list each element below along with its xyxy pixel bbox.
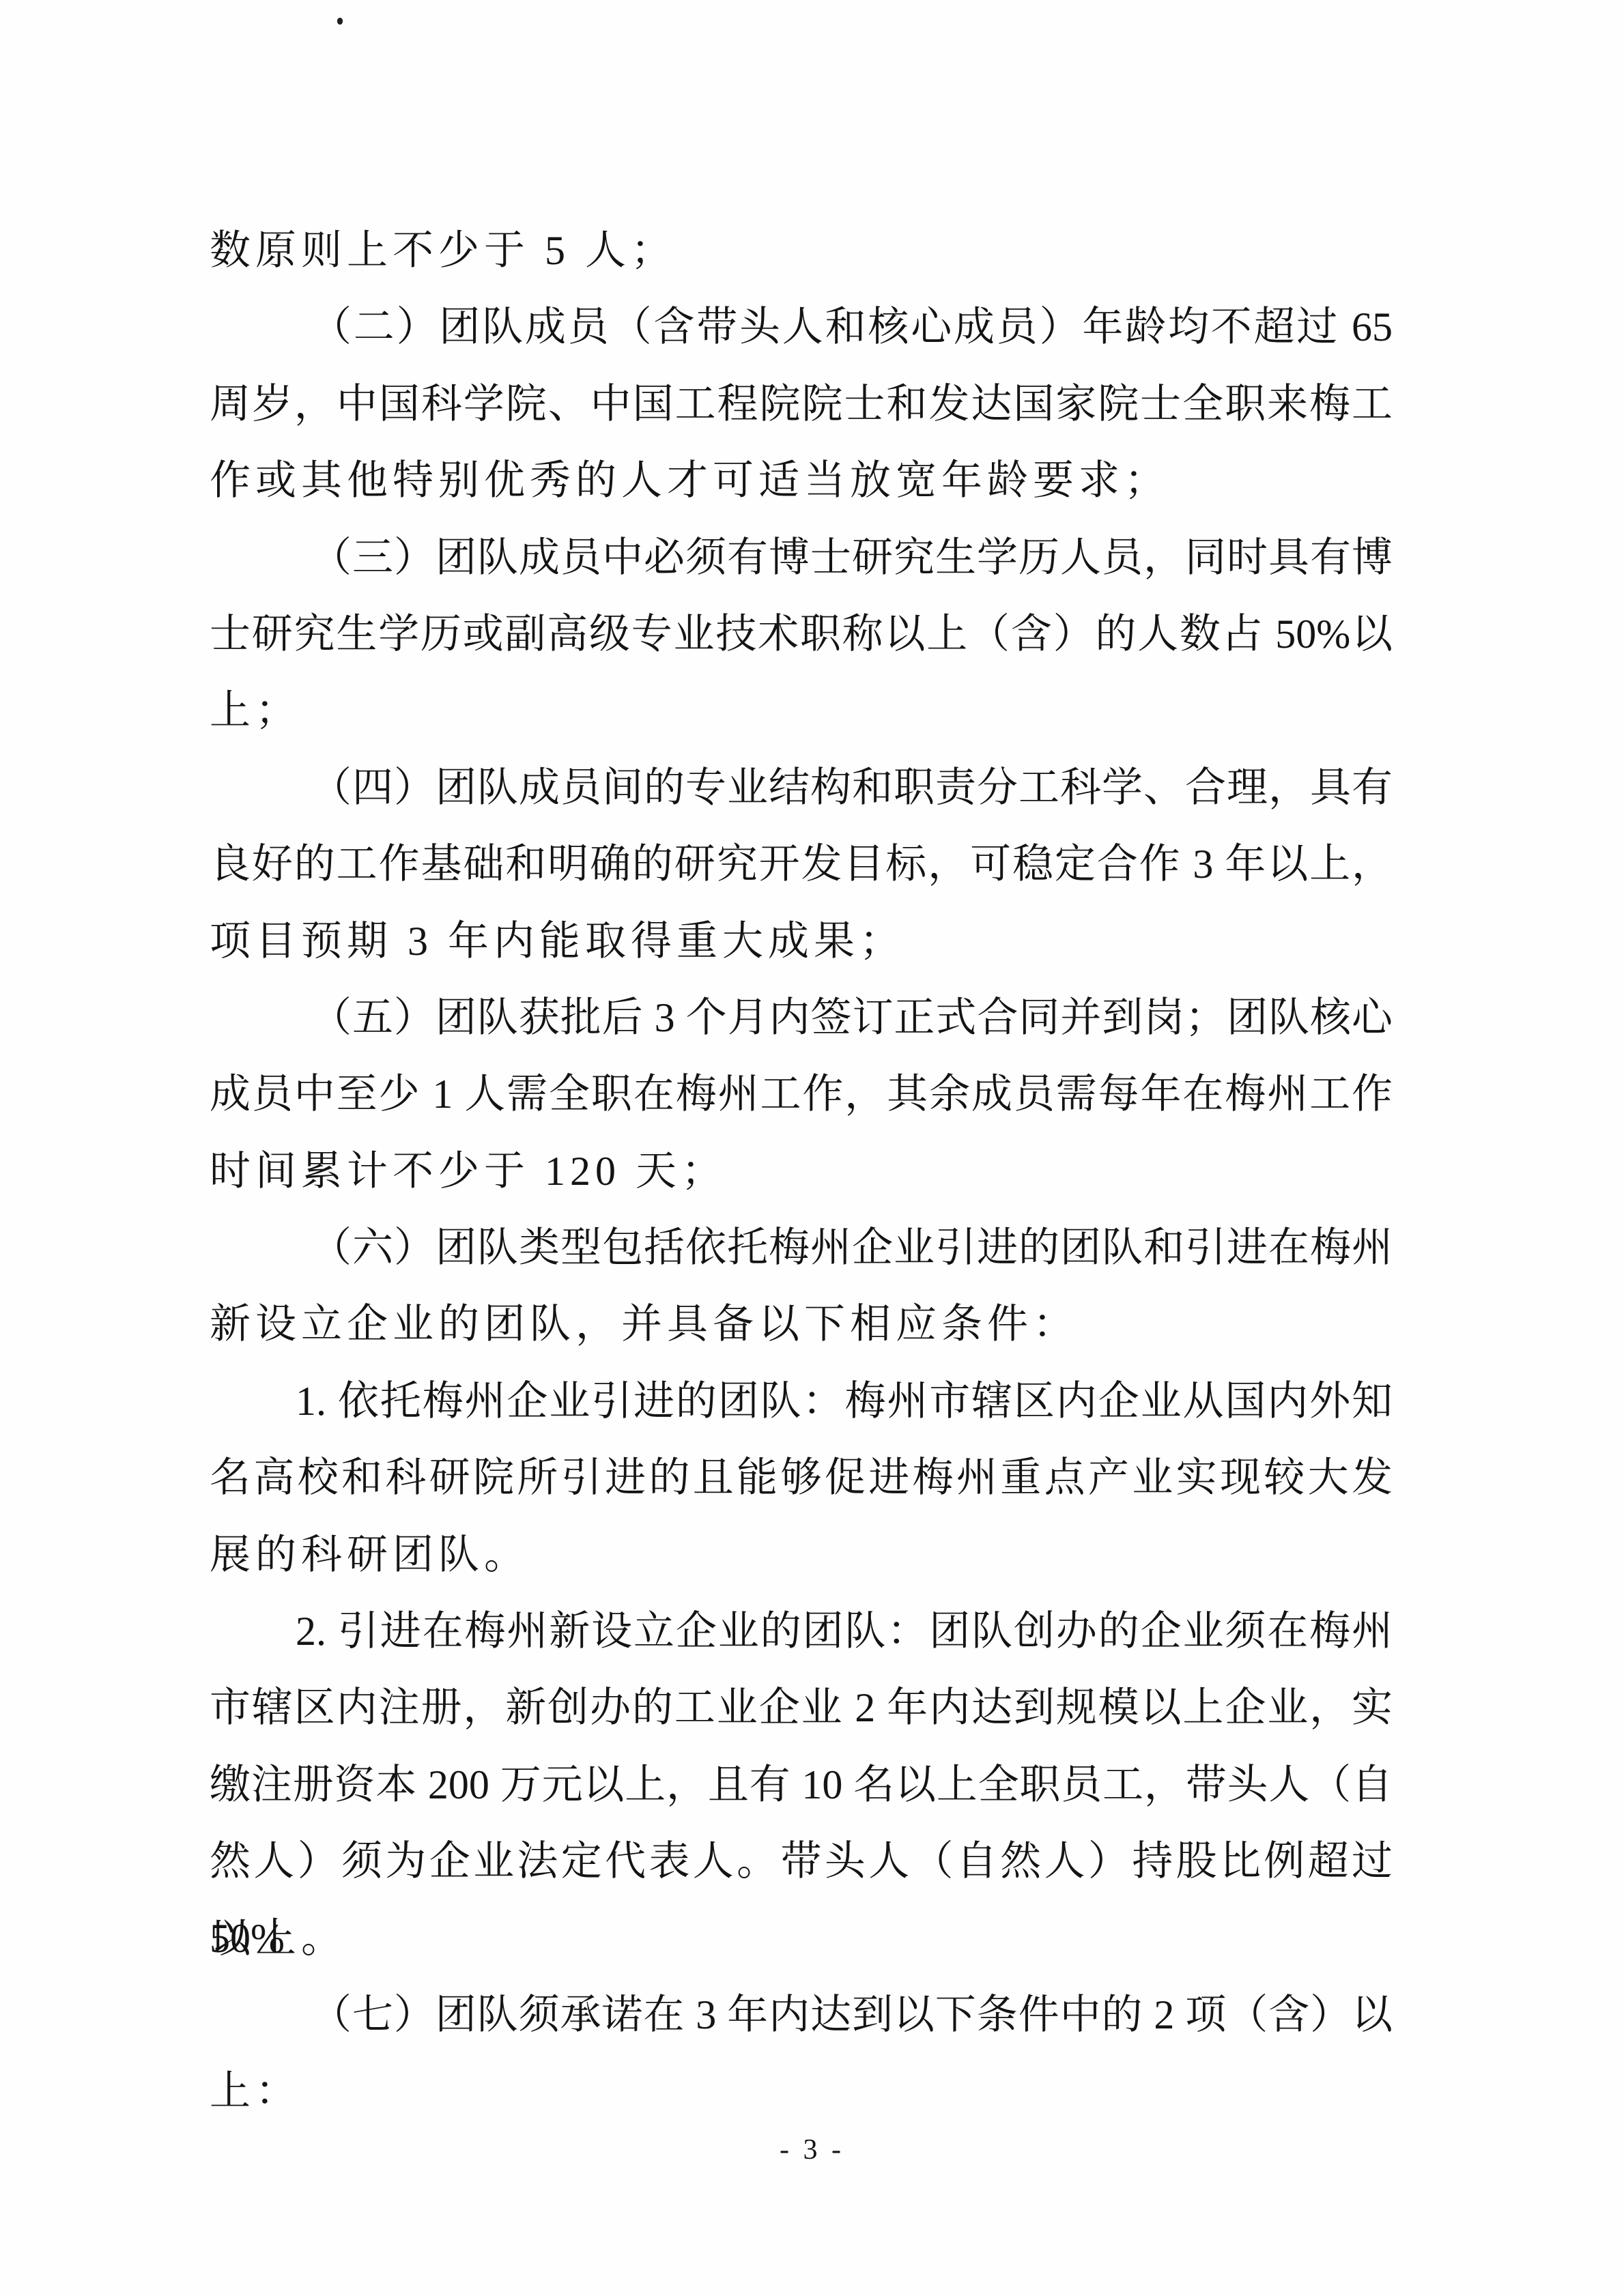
text-line: （二）团队成员（含带头人和核心成员）年龄均不超过 65 — [210, 289, 1393, 365]
text-line: 士研究生学历或副高级专业技术职称以上（含）的人数占 50%以 — [210, 596, 1393, 672]
text-line: 成员中至少 1 人需全职在梅州工作，其余成员需每年在梅州工作 — [210, 1056, 1393, 1132]
page-number: - 3 - — [0, 2134, 1624, 2166]
text-line: 以上。 — [210, 1900, 1393, 1977]
text-line: （四）团队成员间的专业结构和职责分工科学、合理，具有 — [210, 749, 1393, 826]
text-line: 周岁，中国科学院、中国工程院院士和发达国家院士全职来梅工 — [210, 366, 1393, 442]
text-line: 然人）须为企业法定代表人。带头人（自然人）持股比例超过 50% — [210, 1823, 1393, 1899]
text-line: 缴注册资本 200 万元以上，且有 10 名以上全职员工，带头人（自 — [210, 1747, 1393, 1823]
text-line: 良好的工作基础和明确的研究开发目标，可稳定合作 3 年以上， — [210, 826, 1393, 902]
text-line: 时间累计不少于 120 天； — [210, 1133, 1393, 1209]
text-line: 上： — [210, 2053, 1393, 2129]
text-line: 展的科研团队。 — [210, 1517, 1393, 1593]
text-line: 项目预期 3 年内能取得重大成果； — [210, 903, 1393, 979]
document-body: 数原则上不少于 5 人；（二）团队成员（含带头人和核心成员）年龄均不超过 65周… — [210, 212, 1393, 2130]
text-line: 作或其他特别优秀的人才可适当放宽年龄要求； — [210, 442, 1393, 519]
text-line: （六）团队类型包括依托梅州企业引进的团队和引进在梅州 — [210, 1209, 1393, 1286]
text-line: 新设立企业的团队，并具备以下相应条件： — [210, 1286, 1393, 1362]
text-line: （三）团队成员中必须有博士研究生学历人员，同时具有博 — [210, 519, 1393, 596]
document-page: 数原则上不少于 5 人；（二）团队成员（含带头人和核心成员）年龄均不超过 65周… — [0, 0, 1624, 2296]
text-line: 市辖区内注册，新创办的工业企业 2 年内达到规模以上企业，实 — [210, 1669, 1393, 1746]
text-line: 上； — [210, 672, 1393, 749]
text-line: 1. 依托梅州企业引进的团队：梅州市辖区内企业从国内外知 — [210, 1363, 1393, 1439]
text-line: （五）团队获批后 3 个月内签订正式合同并到岗；团队核心 — [210, 979, 1393, 1056]
text-line: 数原则上不少于 5 人； — [210, 212, 1393, 289]
text-line: 2. 引进在梅州新设立企业的团队：团队创办的企业须在梅州 — [210, 1593, 1393, 1669]
text-line: （七）团队须承诺在 3 年内达到以下条件中的 2 项（含）以 — [210, 1977, 1393, 2053]
scan-speck — [337, 18, 343, 25]
text-line: 名高校和科研院所引进的且能够促进梅州重点产业实现较大发 — [210, 1439, 1393, 1516]
